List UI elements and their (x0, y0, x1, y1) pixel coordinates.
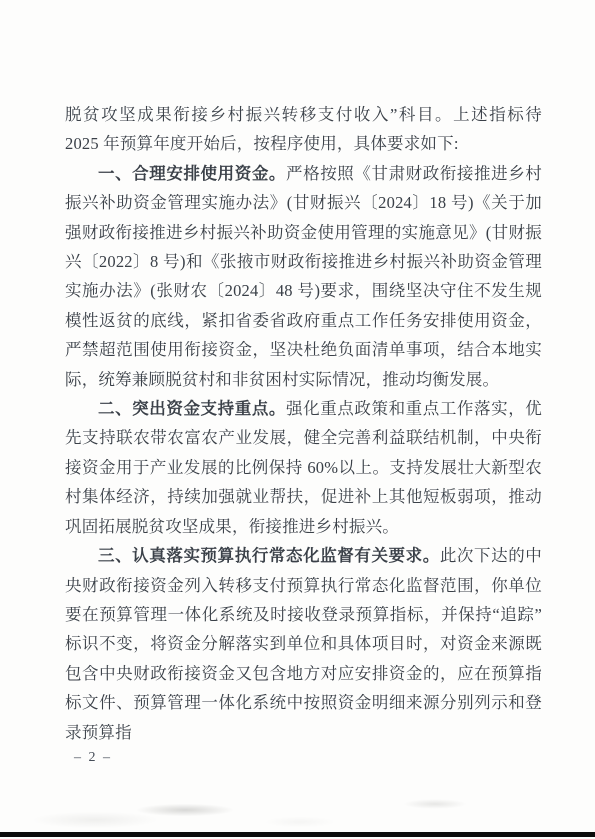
scanned-page: 脱贫攻坚成果衔接乡村振兴转移支付收入”科目。上述指标待 2025 年预算年度开始… (0, 0, 595, 839)
paragraph-section-3: 三、认真落实预算执行常态化监督有关要求。此次下达的中央财政衔接资金列入转移支付预… (65, 541, 542, 747)
document-body: 脱贫攻坚成果衔接乡村振兴转移支付收入”科目。上述指标待 2025 年预算年度开始… (65, 100, 542, 747)
paragraph-section-1: 一、合理安排使用资金。严格按照《甘肃财政衔接推进乡村振兴补助资金管理实施办法》(… (65, 159, 542, 394)
scan-edge-bar (0, 832, 595, 837)
scan-smudge-artifact (0, 778, 595, 832)
section-1-heading: 一、合理安排使用资金。 (98, 164, 286, 183)
paragraph-intro-text: 脱贫攻坚成果衔接乡村振兴转移支付收入”科目。上述指标待 2025 年预算年度开始… (65, 105, 542, 153)
section-3-heading: 三、认真落实预算执行常态化监督有关要求。 (98, 546, 440, 565)
page-number: – 2 – (74, 750, 112, 766)
paragraph-intro: 脱贫攻坚成果衔接乡村振兴转移支付收入”科目。上述指标待 2025 年预算年度开始… (65, 100, 542, 159)
section-2-heading: 二、突出资金支持重点。 (98, 399, 286, 418)
section-3-text: 此次下达的中央财政衔接资金列入转移支付预算执行常态化监督范围，你单位要在预算管理… (65, 546, 542, 741)
section-1-text: 严格按照《甘肃财政衔接推进乡村振兴补助资金管理实施办法》(甘财振兴〔2024〕1… (65, 164, 542, 389)
section-2-text: 强化重点政策和重点工作落实，优先支持联农带农富农产业发展，健全完善利益联结机制，… (65, 399, 542, 536)
paragraph-section-2: 二、突出资金支持重点。强化重点政策和重点工作落实，优先支持联农带农富农产业发展，… (65, 394, 542, 541)
